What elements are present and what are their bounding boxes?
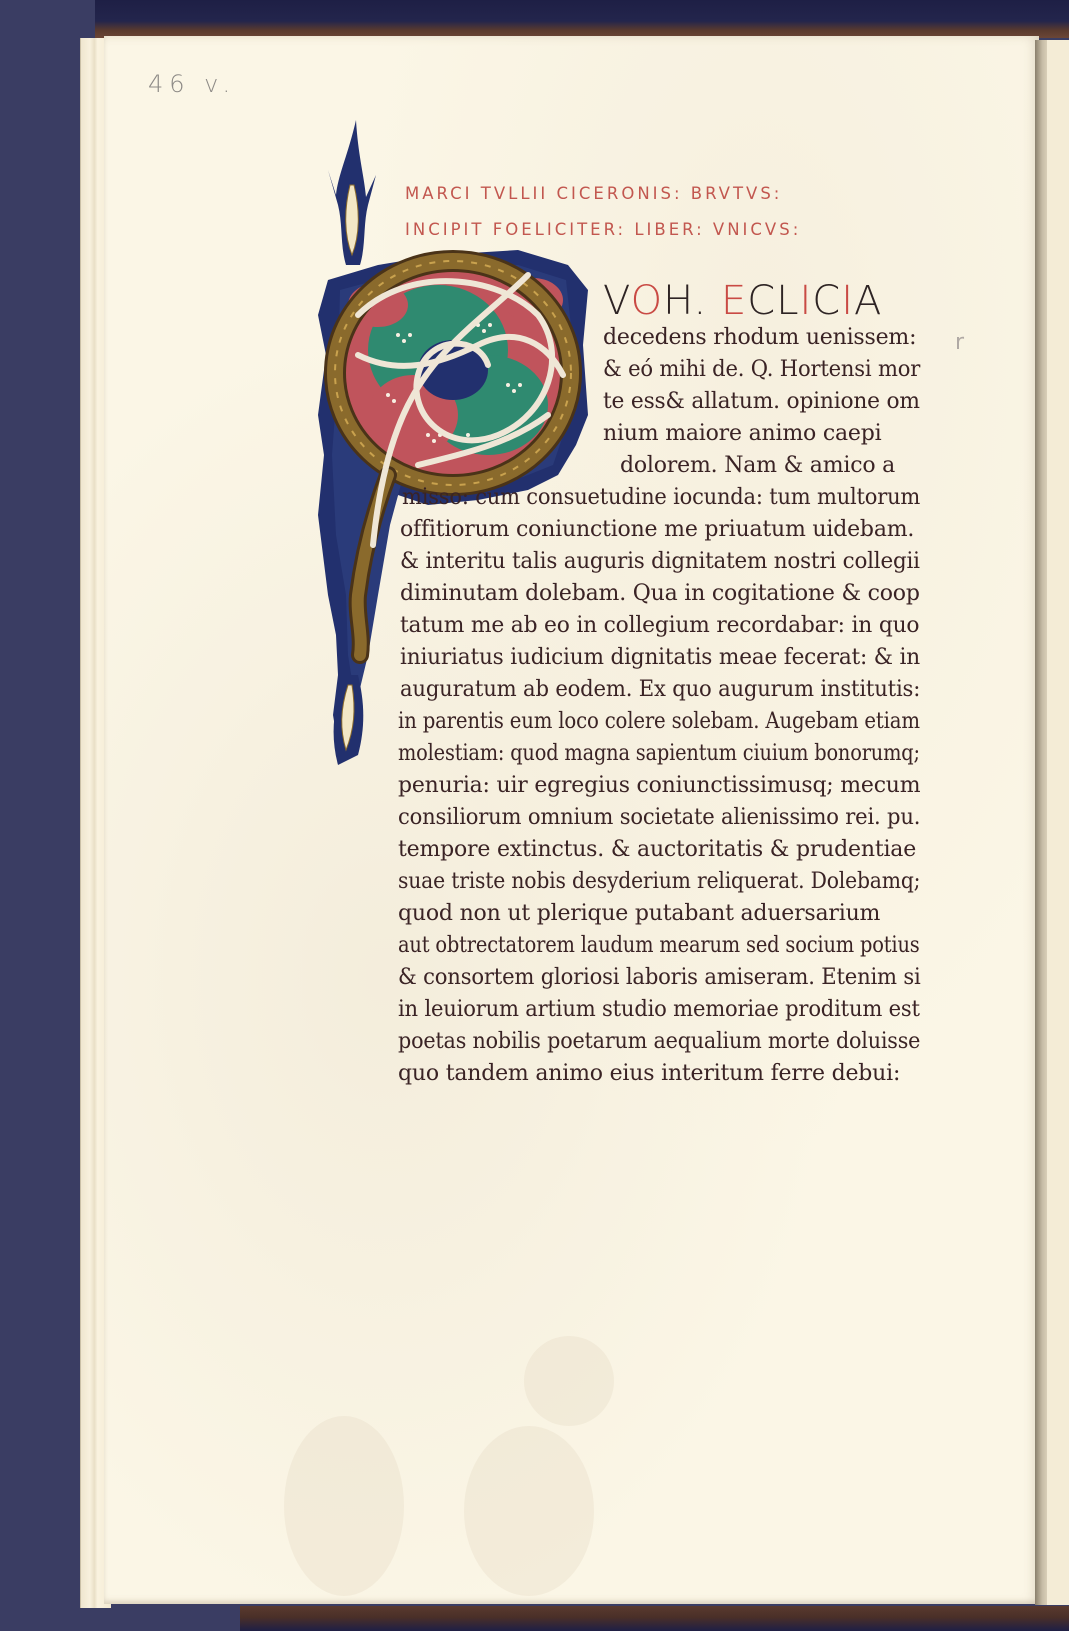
- text-line: diminutam dolebam. Qua in cogitatione & …: [400, 581, 920, 606]
- text-line: misso: cum consuetudine iocunda: tum mul…: [402, 485, 920, 510]
- display-capitals: VOH. ECLICIA: [603, 278, 882, 324]
- text-line: nium maiore animo caepi: [603, 421, 881, 446]
- book-gutter: [1035, 40, 1047, 1605]
- text-line: penuria: uir egregius coniunctissimusq; …: [398, 773, 920, 798]
- text-line: molestiam: quod magna sapientum ciuium b…: [398, 741, 920, 766]
- facing-page-edge: [1047, 40, 1069, 1605]
- text-line: dolorem. Nam & amico a: [620, 453, 895, 478]
- text-line: consiliorum omnium societate alienissimo…: [398, 805, 920, 830]
- text-line: offitiorum coniunctione me priuatum uide…: [400, 517, 914, 542]
- folio-number: 46 v.: [148, 70, 236, 98]
- text-line: decedens rhodum uenissem:: [603, 325, 916, 350]
- text-line: & eó mihi de. Q. Hortensi mor: [603, 357, 920, 382]
- text-line: auguratum ab eodem. Ex quo augurum insti…: [400, 677, 920, 702]
- text-line: suae triste nobis desyderium reliquerat.…: [398, 869, 920, 894]
- book-cover-bottom: [240, 1606, 1069, 1631]
- text-line: tempore extinctus. & auctoritatis & prud…: [398, 837, 916, 862]
- text-line: iniuriatus iudicium dignitatis meae fece…: [400, 645, 920, 670]
- margin-note: r: [955, 330, 964, 355]
- text-line: tatum me ab eo in collegium recordabar: …: [400, 613, 919, 638]
- text-line: & consortem gloriosi laboris amiseram. E…: [398, 965, 921, 990]
- text-line: in leuiorum artium studio memoriae prodi…: [398, 997, 920, 1022]
- text-line: aut obtrectatorem laudum mearum sed soci…: [398, 933, 920, 958]
- text-line: te ess& allatum. opinione om: [603, 389, 920, 414]
- text-line: quod non ut plerique putabant aduersariu…: [398, 901, 880, 926]
- text-line: poetas nobilis poetarum aequalium morte …: [398, 1029, 920, 1054]
- illuminated-initial-q-icon: [318, 115, 593, 770]
- text-line: & interitu talis auguris dignitatem nost…: [400, 549, 920, 574]
- book-cover-top: [95, 0, 1069, 38]
- text-line: quo tandem animo eius interitum ferre de…: [398, 1061, 900, 1086]
- text-line: in parentis eum loco colere solebam. Aug…: [398, 709, 920, 734]
